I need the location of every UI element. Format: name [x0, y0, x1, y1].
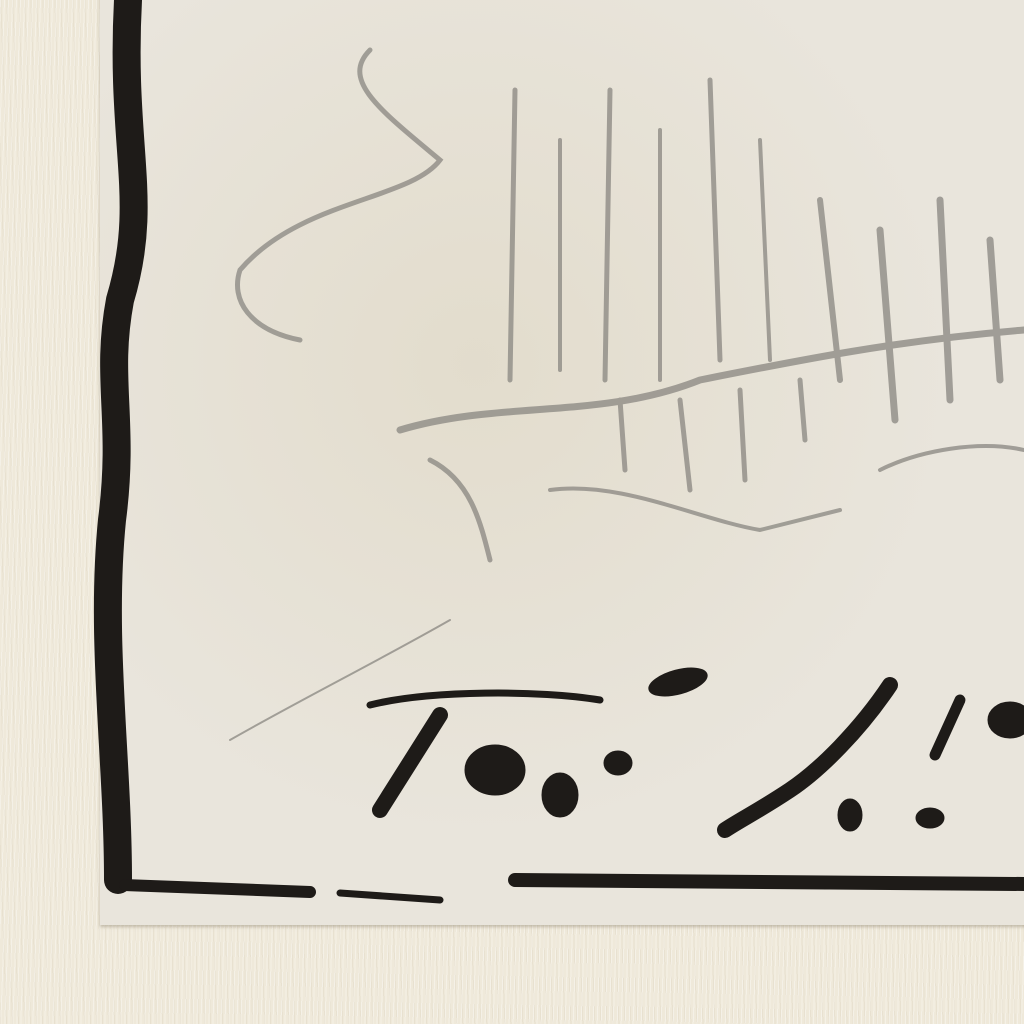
ink-inscription: [370, 663, 1024, 831]
ink-border: [108, 0, 1024, 900]
sketch-drawing: [0, 0, 1024, 1024]
pencil-sketch: [230, 50, 1024, 740]
